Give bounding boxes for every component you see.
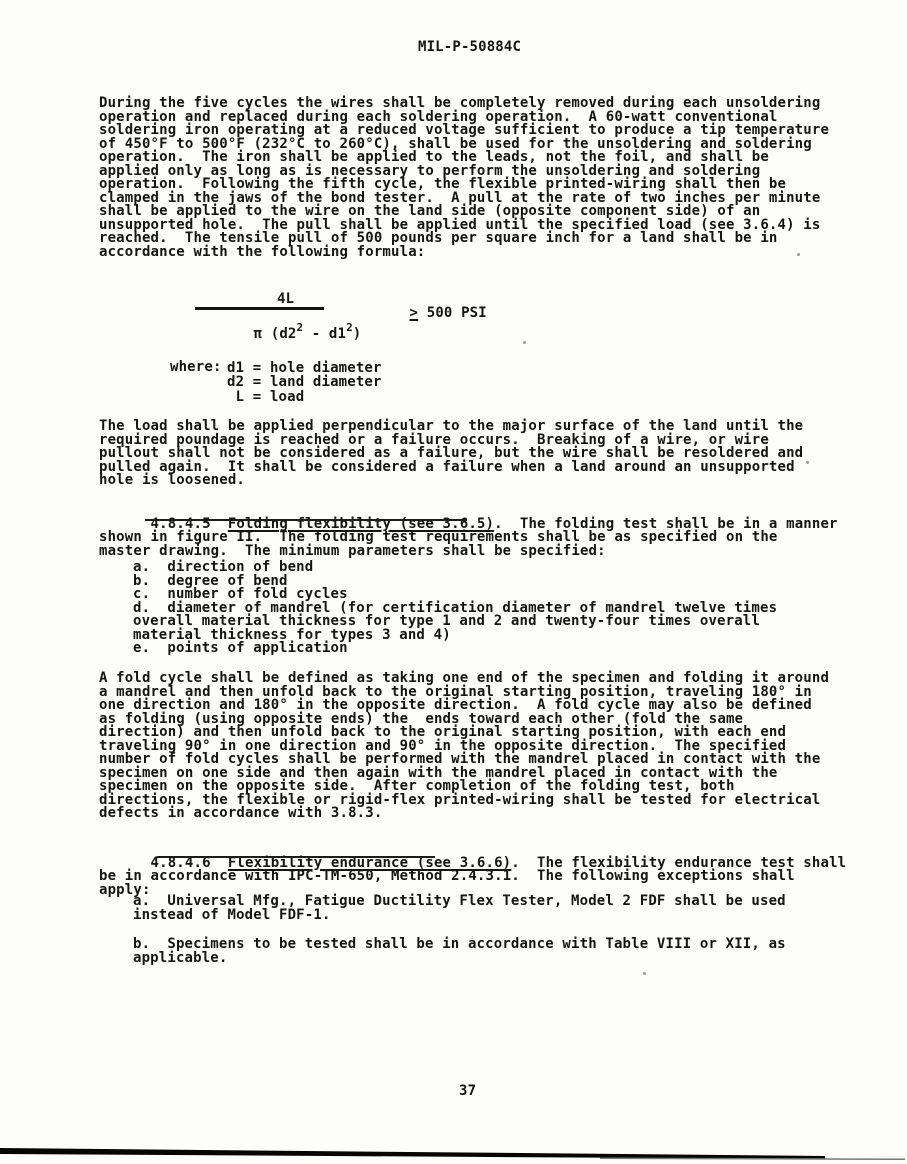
scan-speck [643, 972, 646, 975]
formula-fraction-bar [195, 307, 324, 310]
scan-artifact-line [157, 856, 435, 858]
paragraph-fold-cycle-definition: A fold cycle shall be defined as taking … [99, 672, 829, 821]
list-fold-parameters: a. direction of bend b. degree of bend c… [133, 561, 777, 656]
denominator-exponent: 2 [346, 321, 353, 334]
scan-speck [523, 341, 526, 344]
where-label: where: [170, 361, 222, 375]
list-item-exception-a: a. Universal Mfg., Fatigue Ductility Fle… [133, 895, 786, 922]
denominator-exponent: 2 [297, 321, 304, 334]
scan-artifact-line [145, 519, 467, 521]
page-number: 37 [459, 1085, 476, 1099]
where-definitions: d1 = hole diameter d2 = land diameter L … [227, 361, 382, 404]
greater-equal-sign: > [410, 305, 419, 321]
paragraph-load-application: The load shall be applied perpendicular … [99, 420, 803, 488]
scan-speck [797, 253, 800, 256]
scan-speck [806, 461, 809, 464]
denominator-text: π (d2 [254, 326, 297, 342]
formula-denominator: π (d22 - d12) [202, 314, 361, 355]
paragraph-unsoldering-procedure: During the five cycles the wires shall b… [99, 97, 829, 259]
scan-edge-line [0, 1142, 907, 1164]
list-item-exception-b: b. Specimens to be tested shall be in ac… [133, 938, 786, 965]
doc-number: MIL-P-50884C [418, 41, 521, 55]
document-page: MIL-P-50884C During the five cycles the … [0, 0, 907, 1164]
formula-condition: > 500 PSI [358, 293, 487, 334]
denominator-text: - d1 [303, 326, 346, 342]
threshold-value: 500 PSI [418, 305, 487, 321]
formula-numerator: 4L [277, 293, 294, 307]
